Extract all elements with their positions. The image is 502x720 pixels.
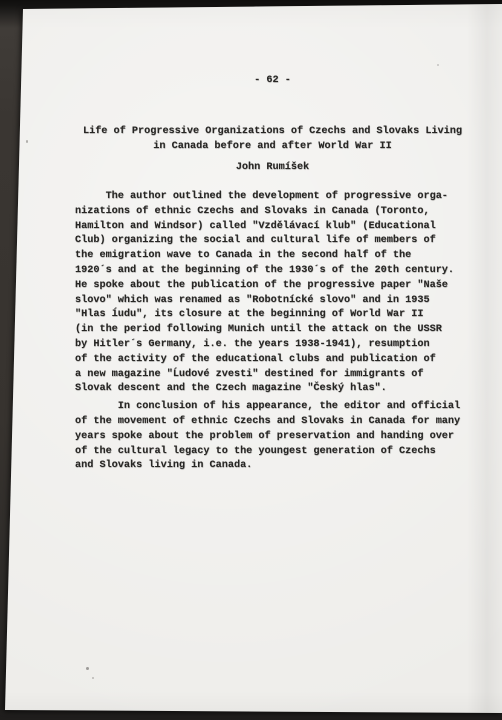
body-line: Slovak descent and the Czech magazine "Č… xyxy=(75,382,475,397)
paper-shadow: - 62 - Life of Progressive Organizations… xyxy=(0,0,502,720)
body-line: a new magazine "Ĺudové zvesti" destined … xyxy=(75,368,475,383)
paper-speck xyxy=(437,64,439,66)
page-number: - 62 - xyxy=(75,75,470,86)
body-line: Club) organizing the social and cultural… xyxy=(75,234,475,249)
body-line: of the cultural legacy to the youngest g… xyxy=(75,445,475,460)
title-line-1: Life of Progressive Organizations of Cze… xyxy=(75,124,470,139)
paper-speck xyxy=(26,140,28,143)
title-line-2: in Canada before and after World War II xyxy=(75,139,470,154)
body-line: years spoke about the problem of preserv… xyxy=(75,430,475,445)
paper-speck xyxy=(92,677,94,679)
body-line: The author outlined the development of p… xyxy=(75,190,475,205)
body-paragraph: In conclusion of his appearance, the edi… xyxy=(75,400,475,474)
body-line: slovo" which was renamed as "Robotnícké … xyxy=(75,294,475,309)
body-line: Hamilton and Windsor) called "Vzdělávací… xyxy=(75,220,475,235)
document-title: Life of Progressive Organizations of Cze… xyxy=(75,124,470,154)
body-line: In conclusion of his appearance, the edi… xyxy=(75,400,475,415)
body-line: by Hitler´s Germany, i.e. the years 1938… xyxy=(75,338,475,353)
body-line: He spoke about the publication of the pr… xyxy=(75,279,475,294)
photo-mat-background: - 62 - Life of Progressive Organizations… xyxy=(0,0,502,720)
body-line: of the movement of ethnic Czechs and Slo… xyxy=(75,415,475,430)
body-line: 1920´s and at the beginning of the 1930´… xyxy=(75,264,475,279)
body-line: of the activity of the educational clubs… xyxy=(75,353,475,368)
body-line: the emigration wave to Canada in the sec… xyxy=(75,249,475,264)
body-line: (in the period following Munich until th… xyxy=(75,323,475,338)
body-line: and Slovaks living in Canada. xyxy=(75,459,475,474)
body-paragraph: The author outlined the development of p… xyxy=(75,190,475,397)
document-body: The author outlined the development of p… xyxy=(75,190,475,474)
document-page: - 62 - Life of Progressive Organizations… xyxy=(0,0,502,720)
body-line: "Hlas ĺudu", its closure at the beginnin… xyxy=(75,308,475,323)
author-name: John Rumíšek xyxy=(75,162,470,173)
paper-speck xyxy=(86,667,89,670)
body-line: nizations of ethnic Czechs and Slovaks i… xyxy=(75,205,475,220)
